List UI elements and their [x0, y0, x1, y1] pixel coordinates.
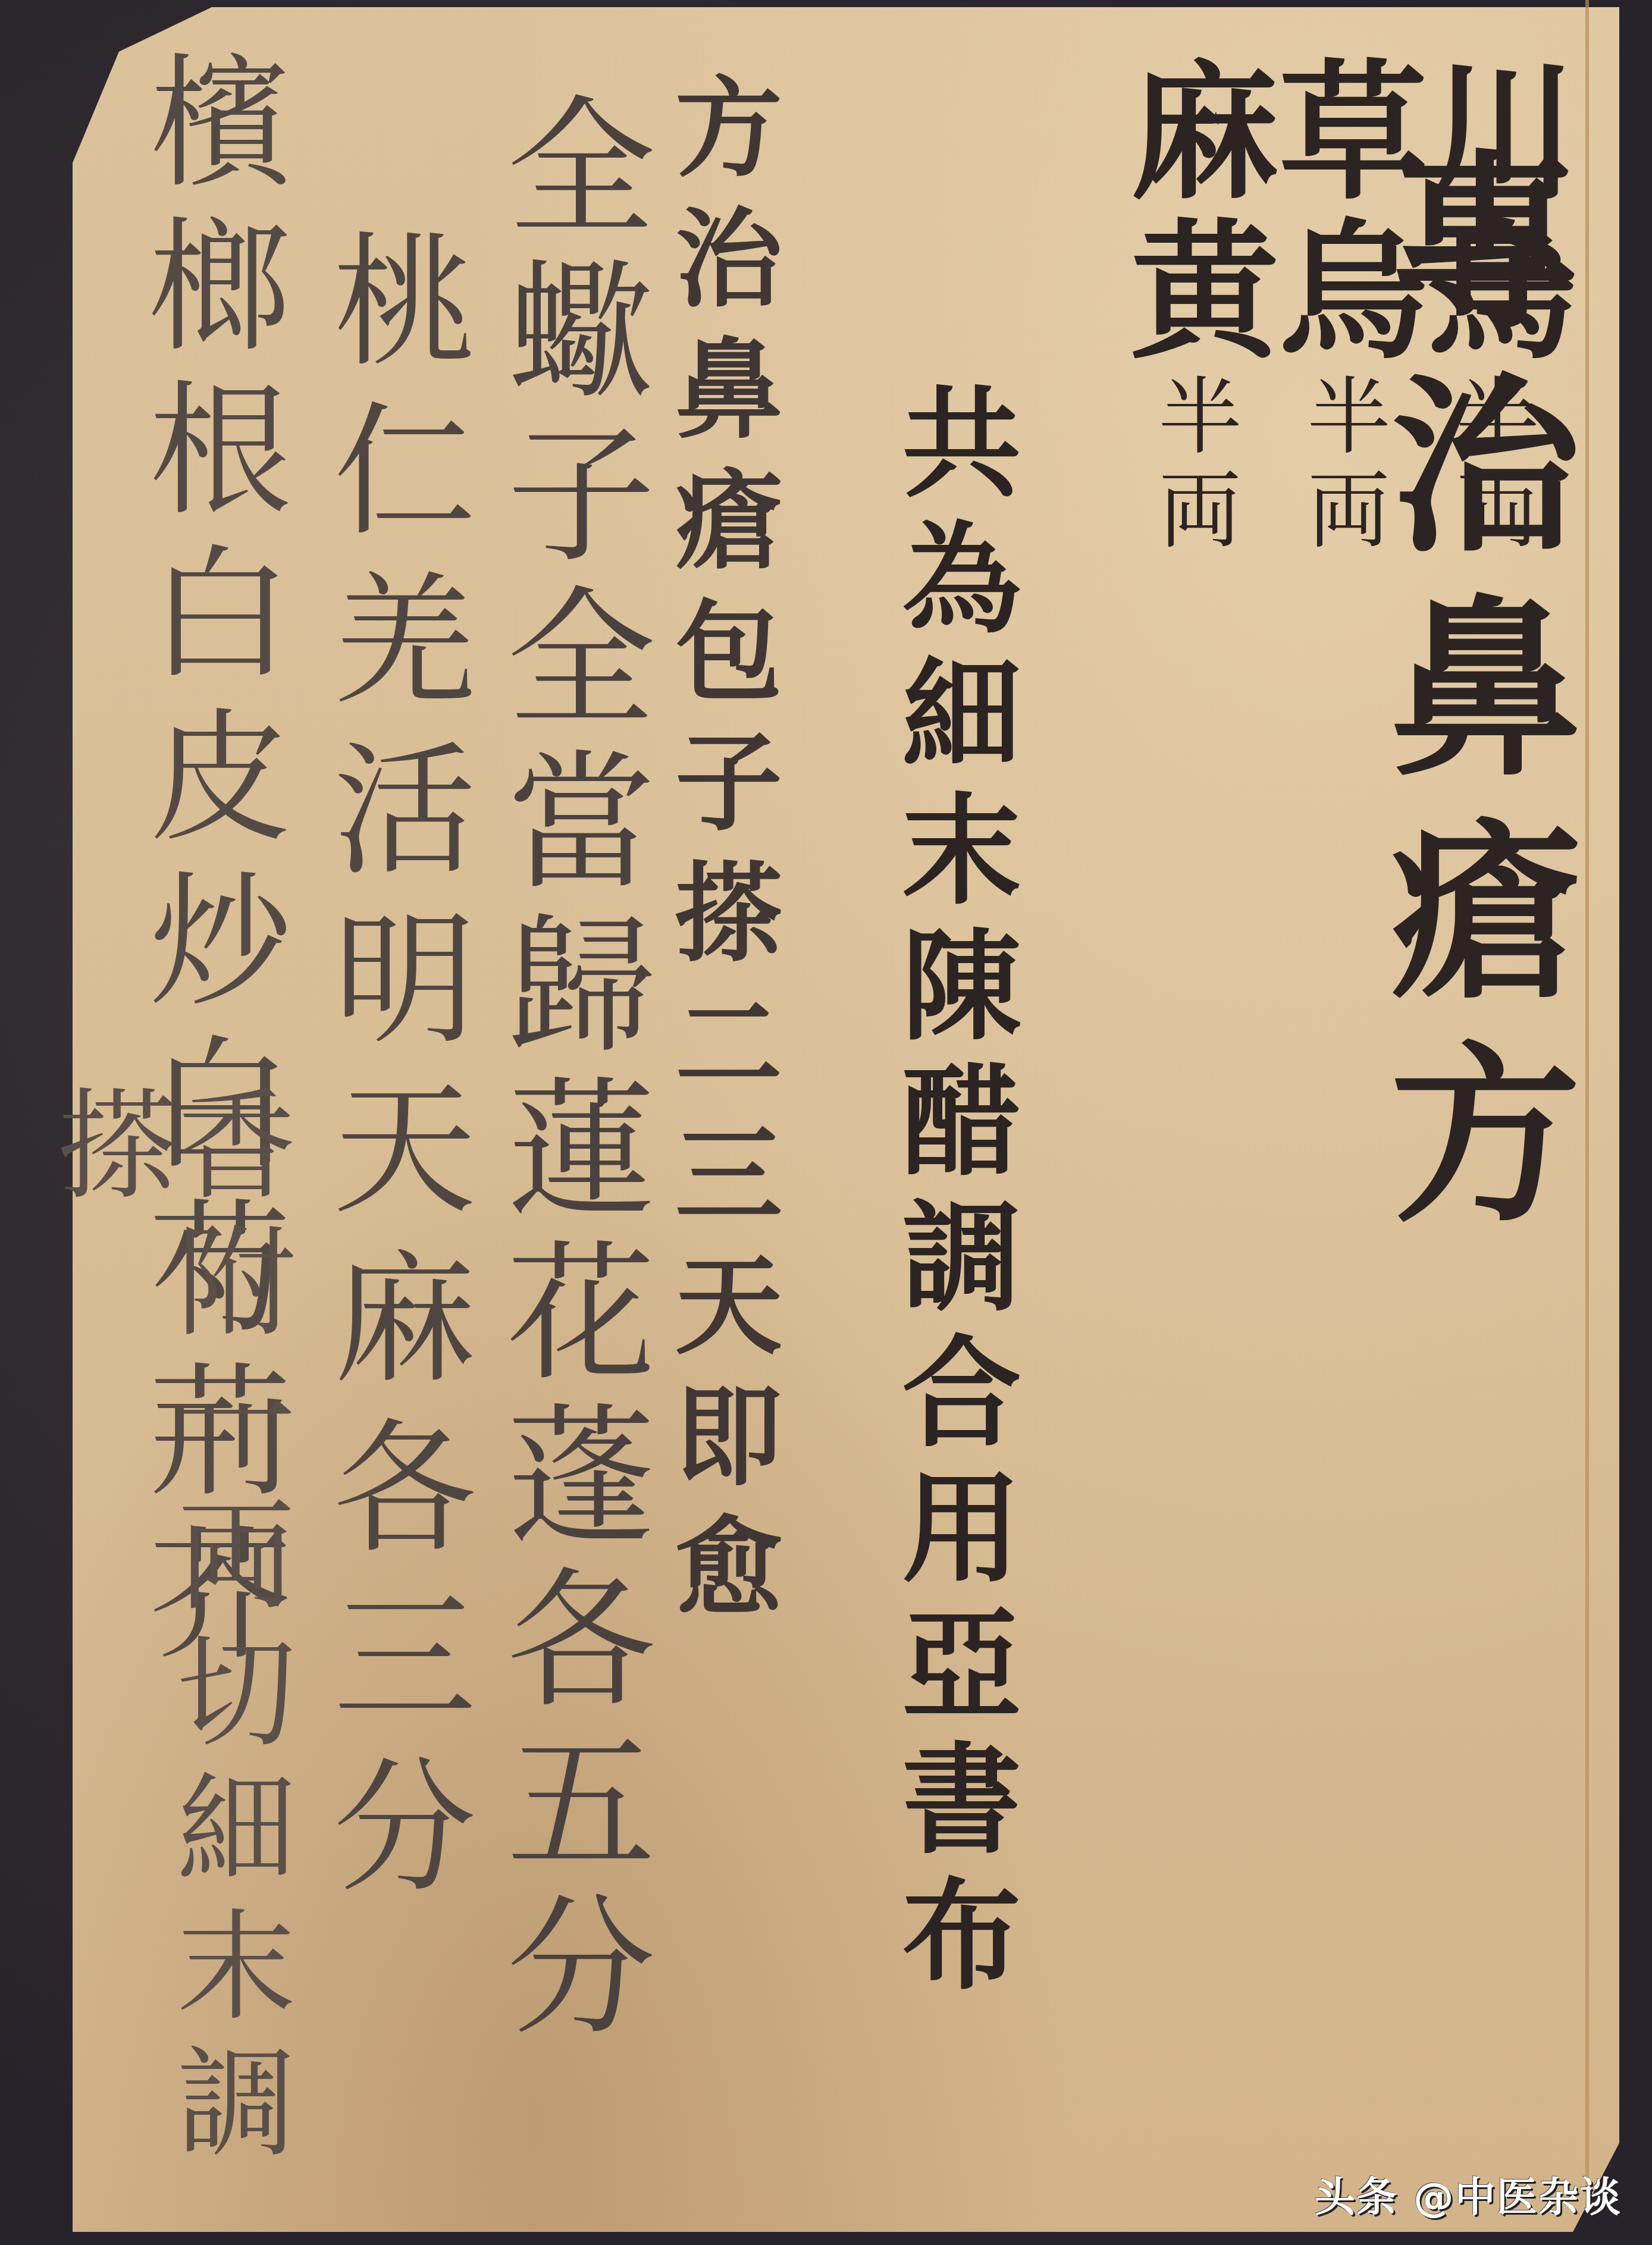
- herb-item: 草烏半両: [1267, 54, 1416, 560]
- herb-name: 麻黄: [1105, 54, 1280, 372]
- herb-name: 川烏: [1403, 54, 1578, 372]
- herb-dose: 半両: [1293, 372, 1390, 560]
- usage-column-3: 桃仁羌活明天麻各三分: [321, 226, 464, 1921]
- usage-column-1: 方治鼻瘡包子搽二三天即愈: [666, 71, 773, 1642]
- usage-column-2: 全蠍子全當歸蓮花蓬各五分: [494, 89, 642, 2052]
- source-watermark: 头条 @中医杂谈: [1315, 2165, 1622, 2223]
- herb-dose: 半両: [1145, 372, 1242, 560]
- herb-item: 川烏半両: [1416, 54, 1565, 560]
- herb-item: 麻黄半両: [1118, 54, 1267, 560]
- usage-column-5: 香附一両切細末調搽: [48, 1083, 286, 2245]
- preparation-text: 共為細末陳醋調合用亞書布: [892, 381, 1011, 2008]
- page-fold-line: [1585, 0, 1589, 2195]
- herb-dose: 半両: [1442, 372, 1539, 560]
- herb-name: 草烏: [1254, 54, 1429, 372]
- herb-list: 川烏半両 草烏半両 麻黄半両: [1118, 54, 1565, 566]
